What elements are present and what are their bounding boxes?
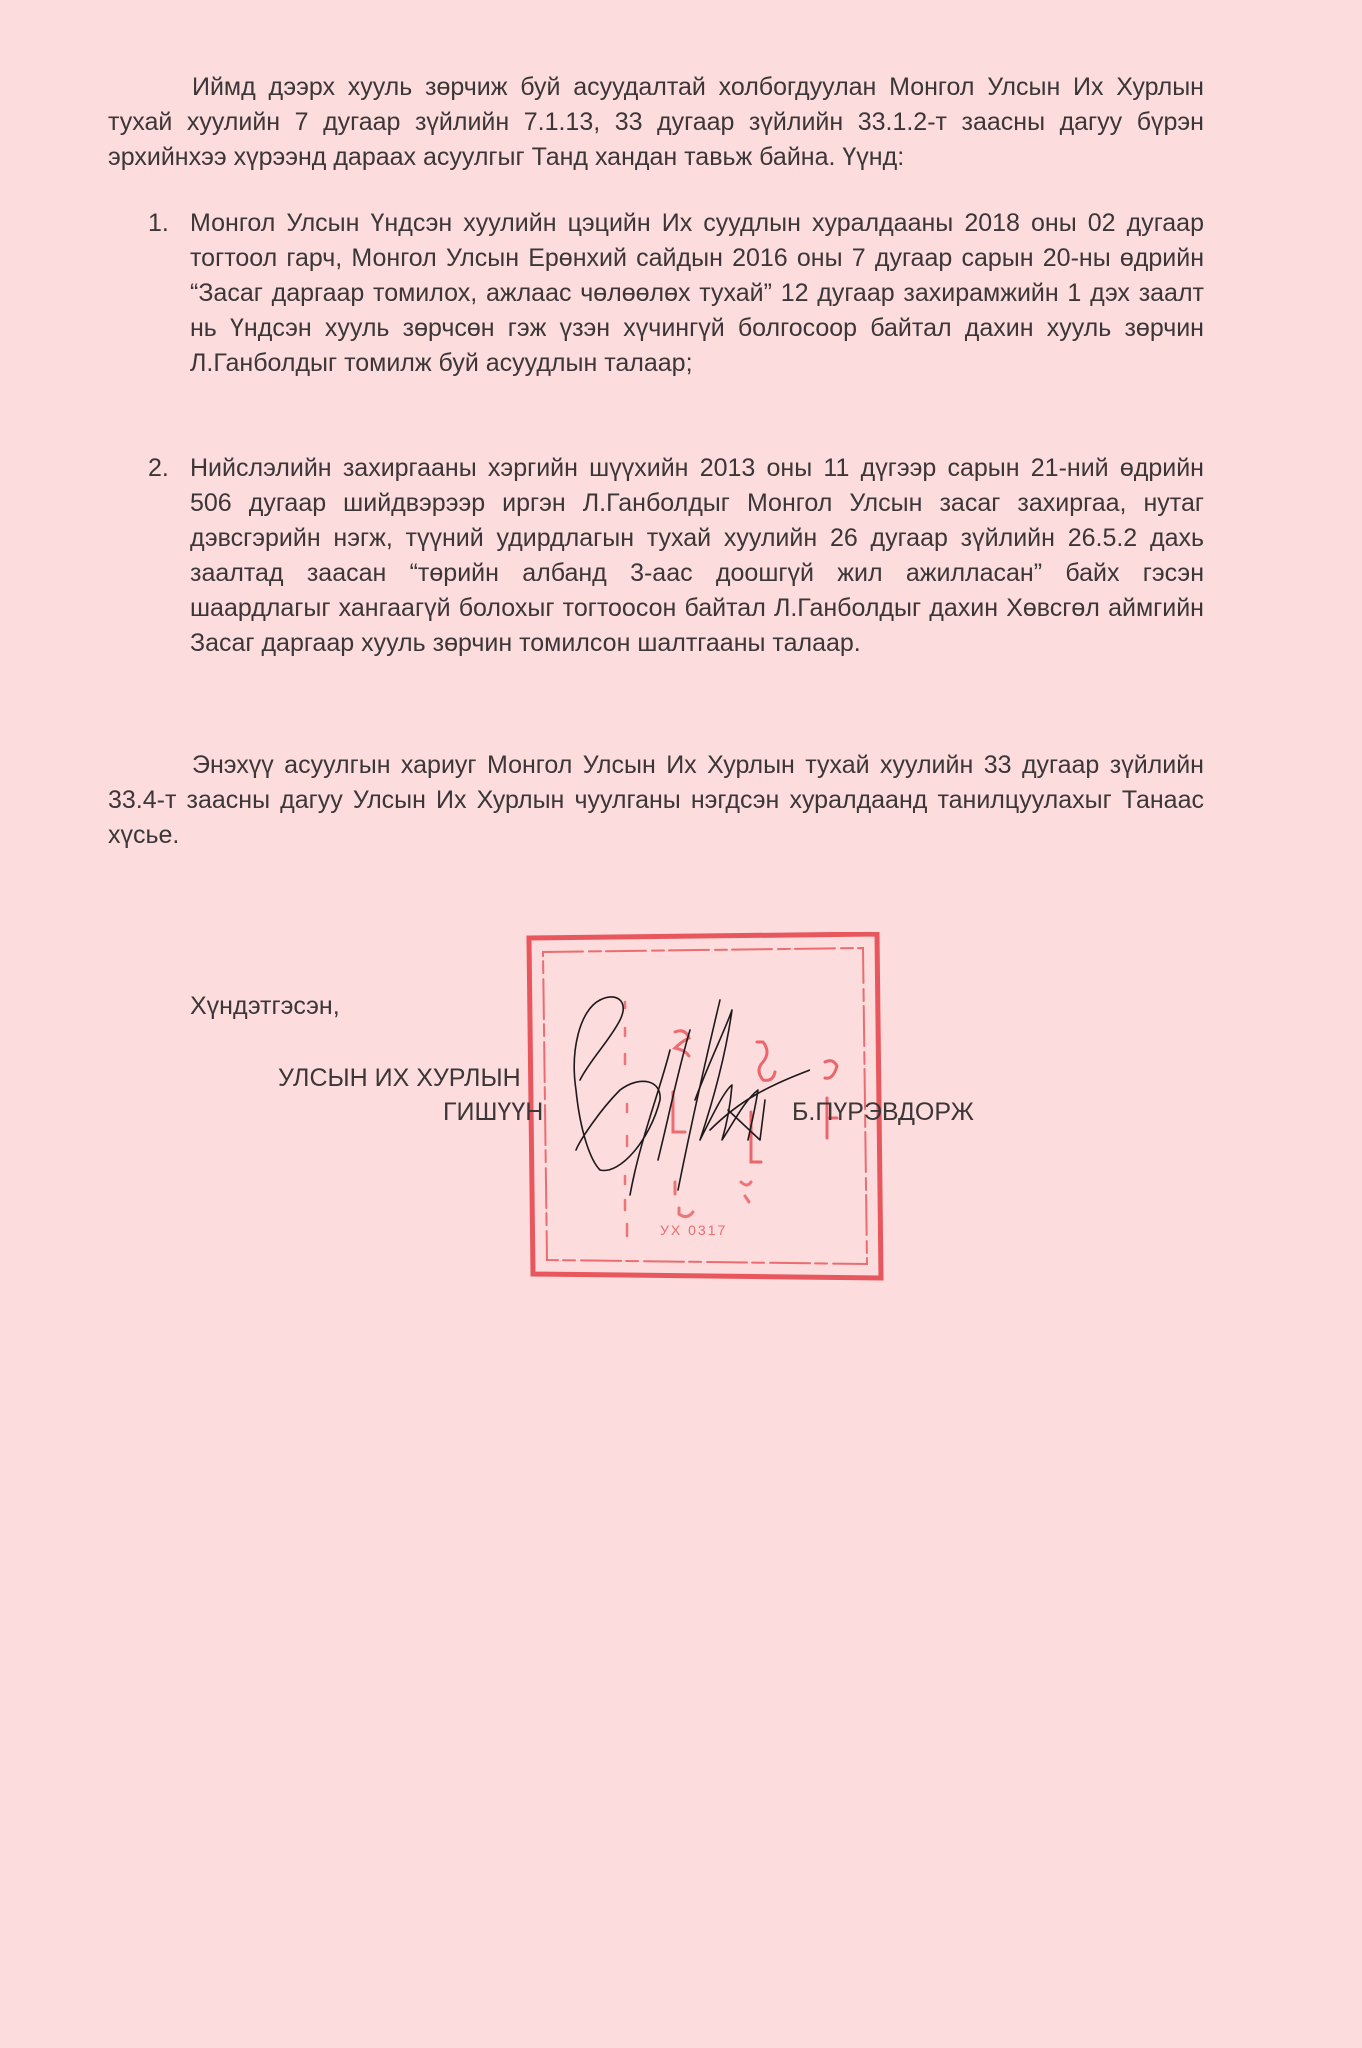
request-text: Энэхүү асуулгын хариуг Монгол Улсын Их Х… bbox=[108, 751, 1204, 849]
signatory-title-line1: УЛСЫН ИХ ХУРЛЫН bbox=[278, 1064, 521, 1093]
question-number: 1. bbox=[148, 206, 188, 241]
signatory-name: Б.ПҮРЭВДОРЖ bbox=[792, 1098, 974, 1127]
intro-paragraph: Иймд дээрх хууль зөрчиж буй асуудалтай х… bbox=[108, 70, 1204, 175]
closing-salutation: Хүндэтгэсэн, bbox=[190, 992, 340, 1021]
stamp-code: УХ 0317 bbox=[660, 1222, 727, 1238]
question-item-1: 1. Монгол Улсын Үндсэн хуулийн цэцийн Их… bbox=[148, 206, 1204, 381]
request-paragraph: Энэхүү асуулгын хариуг Монгол Улсын Их Х… bbox=[108, 748, 1204, 853]
handwritten-signature bbox=[560, 990, 810, 1210]
question-item-2: 2. Нийслэлийн захиргааны хэргийн шүүхийн… bbox=[148, 451, 1204, 661]
question-number: 2. bbox=[148, 451, 188, 486]
question-text: Нийслэлийн захиргааны хэргийн шүүхийн 20… bbox=[190, 451, 1204, 661]
signatory-title-line2: ГИШҮҮН bbox=[443, 1098, 543, 1127]
intro-text: Иймд дээрх хууль зөрчиж буй асуудалтай х… bbox=[108, 73, 1204, 171]
document-page: Иймд дээрх хууль зөрчиж буй асуудалтай х… bbox=[0, 0, 1362, 2048]
question-text: Монгол Улсын Үндсэн хуулийн цэцийн Их су… bbox=[190, 206, 1204, 381]
